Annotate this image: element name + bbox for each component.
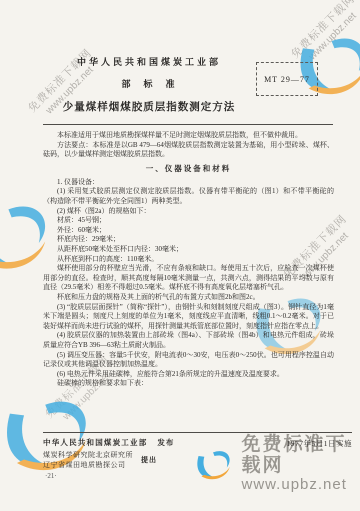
body-paragraph: (2) 煤杯（图2a）的规格如下： (43, 207, 334, 217)
page-number: ·21· (45, 472, 57, 480)
body-paragraph: 外径：60毫米； (43, 226, 334, 236)
body-paragraph: (4) 胶质层仪器的加热装置由上部砖垛（图4a）、下部砖垛（图4b）和电热元件组… (43, 331, 334, 350)
standard-number: MT 29—77 (264, 75, 310, 84)
body-paragraph: 从杯底到杯口的高度：110毫米。 (43, 255, 334, 265)
standard-number-box: MT 29—77 (256, 62, 318, 96)
footer-issuer: 中华人民共和国煤炭工业部 (43, 438, 147, 447)
footer-divider (43, 432, 352, 433)
footer-propose-label: 提出 (141, 455, 157, 465)
footer-proposer: 煤炭科学研究院北京研究所 (43, 450, 133, 460)
body-paragraph: 杯底和压力盘的规格及其上面的析气孔的布置方式如图2b和图2c。 (43, 293, 334, 303)
doc-type-label: 部 标 准 (0, 77, 298, 90)
document-body: 本标准适用于煤田地质勘探煤样量不足时测定烟煤胶质层指数，但不做仲裁用。 方法要点… (43, 131, 334, 389)
body-paragraph: (3) “胶质层层面探针”（简称“探针”），由钢针头和刻制刻度尺组成（图3）。钢… (43, 303, 334, 332)
document-page: 免费标准下载网 www.upbz.net 免费标准下载网 www.upbz.ne… (0, 0, 360, 511)
body-paragraph: 硅碳棒的规格和要求如下表： (43, 379, 334, 389)
body-paragraph: (6) 电热元件采用硅碳棒，应能符合第21条所规定的升温速度及温度要求。 (43, 370, 334, 380)
footer-issuer-block: 中华人民共和国煤炭工业部发布 煤炭科学研究院北京研究所 辽宁省煤田地质勘探公司 … (43, 437, 174, 470)
footer-proposer: 辽宁省煤田地质勘探公司 (43, 460, 133, 470)
body-paragraph: 材质：45号钢； (43, 216, 334, 226)
body-paragraph: 煤杯使用部分的杯壁应当光滑，不应有条痕和缺口。每使用五十次后，应检查一次煤杯使用… (43, 264, 334, 293)
footer-issue-label: 发布 (157, 438, 174, 447)
intro-paragraph: 方法要点：本标准是以GB 479—64烟煤胶质层指数测定装置为基础，用小型砖垛、… (43, 141, 334, 160)
up-logo-icon (192, 439, 236, 489)
body-paragraph: 杯底内径：29毫米； (43, 235, 334, 245)
header-divider (43, 124, 333, 125)
section-heading: 一、仪器设备和材料 (43, 164, 334, 174)
intro-paragraph: 本标准适用于煤田地质勘探煤样量不足时测定烟煤胶质层指数，但不做仲裁用。 (43, 131, 334, 141)
body-paragraph: (1) 采用复式胶质层测定仪测定胶质层指数。仪器有带平衡砣的（图1）和不带平衡砣… (43, 187, 334, 206)
footer-implementation-date: 1977年5月1日实施 (287, 438, 353, 449)
body-paragraph: 从距杯底50毫米处至杯口内径：30毫米； (43, 245, 334, 255)
body-paragraph: (5) 调压变压器：容量5千伏安，附电流表0～30安，电压表0～250伏。也可用… (43, 351, 334, 370)
document-title: 少量煤样烟煤胶质层指数测定方法 (0, 99, 298, 114)
ministry-name: 中华人民共和国煤炭工业部 (0, 55, 298, 68)
